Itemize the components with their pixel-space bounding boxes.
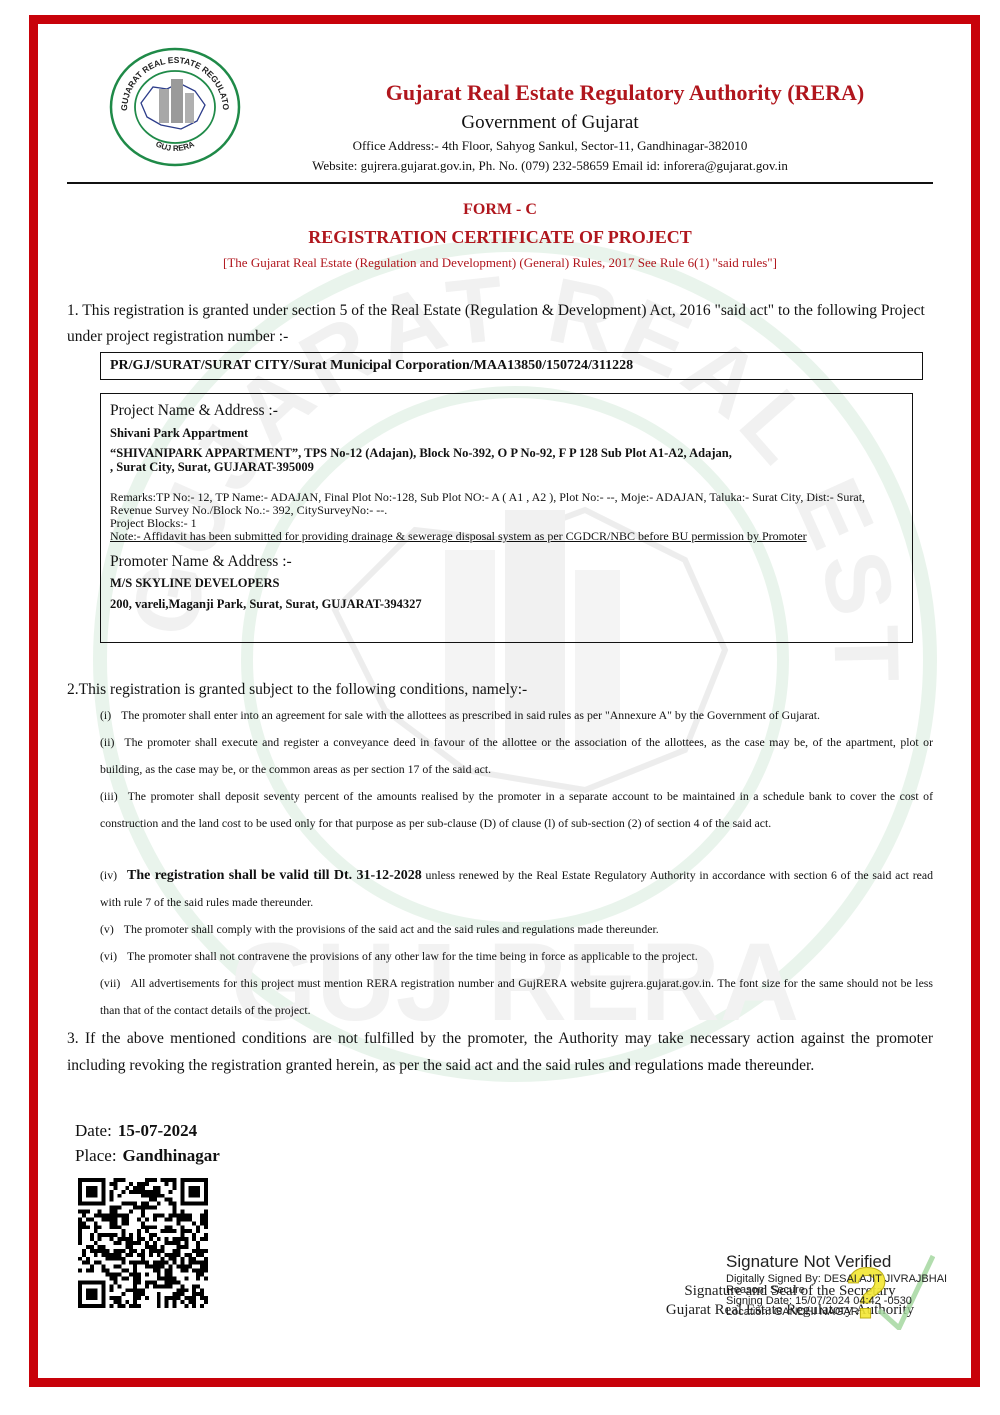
form-label: FORM - C [0,201,1000,219]
promoter-label: Promoter Name & Address :- [110,553,903,571]
issue-date: Date:15-07-2024 [75,1121,197,1141]
contact-info: Website: gujrera.gujarat.gov.in, Ph. No.… [235,158,865,174]
office-address: Office Address:- 4th Floor, Sahyog Sanku… [250,138,850,154]
header-divider [67,182,933,184]
signature-status: Signature Not Verified [726,1252,986,1272]
registration-number: PR/GJ/SURAT/SURAT CITY/Surat Municipal C… [100,352,923,380]
condition-item: (v)The promoter shall comply with the pr… [100,916,933,943]
project-name: Shivani Park Appartment [110,426,903,440]
issue-place: Place:Gandhinagar [75,1146,220,1166]
certificate-subtitle: [The Gujarat Real Estate (Regulation and… [0,255,1000,271]
project-address-line1: “SHIVANIPARK APPARTMENT”, TPS No-12 (Ada… [110,446,903,460]
condition-item: (ii)The promoter shall execute and regis… [100,729,933,783]
project-address-line2: , Surat City, Surat, GUJARAT-395009 [110,460,903,474]
government-name: Government of Gujarat [250,112,850,134]
digital-signature-block[interactable]: Signature Not Verified Digitally Signed … [726,1252,986,1318]
project-note: Note:- Affidavit has been submitted for … [110,530,903,543]
promoter-address: 200, vareli,Maganji Park, Surat, Surat, … [110,597,903,611]
project-remarks: Remarks:TP No:- 12, TP Name:- ADAJAN, Fi… [110,491,903,517]
promoter-name: M/S SKYLINE DEVELOPERS [110,576,903,590]
place-value: Gandhinagar [123,1146,220,1165]
condition-item-validity: (iv)The registration shall be valid till… [100,862,933,916]
condition-item: (i)The promoter shall enter into an agre… [100,702,933,729]
authority-title: Gujarat Real Estate Regulatory Authority… [250,80,1000,106]
signature-location: Location: GANDHI NAGAR [726,1307,986,1318]
validity-date: The registration shall be valid till Dt.… [127,868,422,883]
section-3-text: 3. If the above mentioned conditions are… [67,1025,933,1079]
project-details-box: Project Name & Address :- Shivani Park A… [100,393,913,643]
section-1-text: 1. This registration is granted under se… [67,298,933,350]
project-label: Project Name & Address :- [110,402,903,420]
condition-item: (vii)All advertisements for this project… [100,970,933,1024]
section-2-text: 2.This registration is granted subject t… [67,677,933,703]
certificate-title: REGISTRATION CERTIFICATE OF PROJECT [0,227,1000,248]
condition-item: (vi)The promoter shall not contravene th… [100,943,933,970]
date-value: 15-07-2024 [118,1121,197,1140]
condition-item: (iii)The promoter shall deposit seventy … [100,783,933,837]
qr-code-icon[interactable] [78,1178,208,1308]
gujrera-logo-icon: GUJARAT REAL ESTATE REGULATORY AUTHORITY… [105,45,245,170]
